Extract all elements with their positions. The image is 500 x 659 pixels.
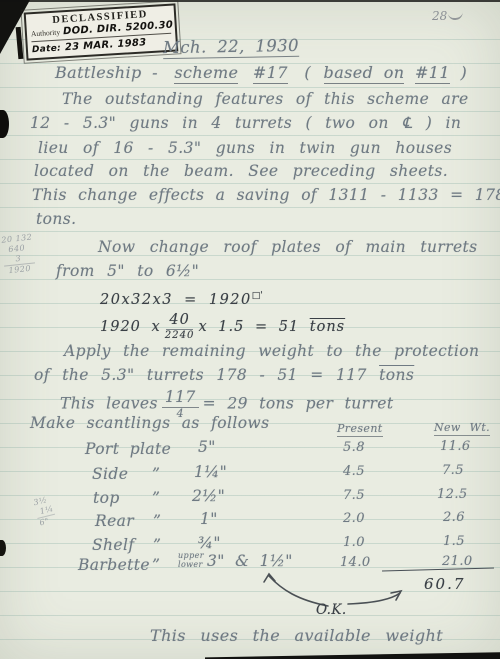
- calculation-line: 20x32x3 = 1920□': [100, 291, 263, 308]
- scan-left-edge-blob: [0, 540, 6, 556]
- change-note-line: Now change roof plates of main turrets ⌀: [98, 238, 500, 256]
- ditto-mark: ”: [152, 489, 160, 507]
- row-thickness: 1¼": [194, 463, 227, 481]
- declassified-stamp: DECLASSIFIED Authority DOD. DIR. 5200.30…: [24, 3, 179, 60]
- row-new-wt: 1.5: [443, 534, 465, 549]
- row-new-wt: 7.5: [442, 463, 464, 478]
- row-present: 4.5: [343, 464, 365, 479]
- fraction-numerator: 117: [162, 390, 199, 408]
- margin-calc-line: 1920: [4, 262, 36, 276]
- calc-expression: 1920 x: [100, 319, 161, 335]
- scan-bottom-edge: [205, 651, 500, 659]
- stamp-date-label: Date:: [32, 43, 62, 55]
- row-thickness: 5": [198, 438, 216, 456]
- header-new-wt-text: New Wt.: [434, 421, 490, 436]
- body-line: lieu of 16 - 5.3" guns in twin gun house…: [38, 139, 452, 157]
- arrow-to-total: [348, 593, 400, 604]
- margin-calculation: 20 132 640 3 1920: [1, 232, 36, 276]
- heading-paren-open: (: [304, 63, 311, 82]
- ditto-mark: ”: [153, 536, 161, 554]
- row-thickness: 1": [200, 510, 218, 528]
- heading-scheme: scheme: [174, 63, 238, 84]
- fraction-numerator: 40: [166, 313, 192, 330]
- body-line: This change effects a saving of 1311 - 1…: [32, 186, 500, 204]
- document-date-title: Mch. 22, 1930: [163, 36, 299, 57]
- fraction-denominator: 2240: [165, 330, 195, 341]
- change-note-text: Now change roof plates of main turrets: [98, 238, 478, 256]
- row-new-wt: 12.5: [437, 487, 468, 502]
- stamp-date-value: 23 MAR. 1983: [65, 37, 147, 53]
- heading-battleship: Battleship -: [55, 63, 158, 82]
- scan-left-edge-blob: [0, 110, 9, 138]
- row-thickness: 2½": [192, 487, 225, 505]
- heading-paren-close: ): [460, 63, 467, 82]
- arrow-to-barbette: [269, 576, 328, 606]
- scan-top-edge: [0, 0, 500, 2]
- row-present: 5.8: [343, 440, 365, 455]
- calculation-line: 1920 x402240x 1.5 = 51 tons: [100, 313, 345, 341]
- corner-note-squiggle: [448, 10, 464, 21]
- lower-label: lower: [178, 560, 204, 569]
- tons-word: tons: [379, 366, 414, 384]
- apply-line: of the 5.3" turrets 178 - 51 = 117 tons: [34, 366, 414, 384]
- row-label: Rear: [95, 512, 134, 530]
- ditto-mark: ”: [152, 465, 160, 483]
- tons-word: tons: [310, 319, 345, 335]
- apply-expression: of the 5.3" turrets 178 - 51 = 117: [34, 366, 367, 384]
- apply-line: Apply the remaining weight to the protec…: [64, 342, 479, 360]
- heading-based-on: based on: [324, 63, 405, 84]
- document-heading: Battleship - scheme #17 ( based on #11 ): [55, 63, 467, 82]
- heading-scheme-number: #17: [253, 63, 288, 84]
- square-feet-mark: □': [252, 291, 263, 301]
- body-line: 12 - 5.3" guns in 4 turrets ( two on ℄ )…: [30, 114, 461, 132]
- change-note-line: from 5" to 6½": [56, 262, 199, 280]
- leaves-text: This leaves: [60, 395, 158, 413]
- corner-note-text: 28: [432, 9, 447, 23]
- row-thickness: ¾": [198, 534, 221, 552]
- scan-edge-mark: [16, 27, 24, 59]
- row-label: Shelf: [92, 536, 134, 554]
- row-label: Port plate: [85, 440, 171, 458]
- ditto-mark: ”: [153, 512, 161, 530]
- scanned-document-page: DECLASSIFIED Authority DOD. DIR. 5200.30…: [0, 0, 500, 659]
- calc-expression: 20x32x3 = 1920: [100, 292, 252, 308]
- margin-pencil-note: 3½ 1¼ 6": [33, 494, 58, 528]
- upper-thickness: 3": [207, 552, 225, 570]
- annotation-arrows: [240, 560, 500, 630]
- row-new-wt: 11.6: [440, 439, 471, 454]
- footer-line: This uses the available weight: [150, 626, 443, 645]
- row-label: Barbette: [78, 556, 150, 574]
- heading-base-number: #11: [415, 63, 450, 84]
- row-label: top: [93, 489, 120, 507]
- row-label: Side: [92, 465, 128, 483]
- table-header-present: Present: [337, 422, 383, 435]
- body-line: located on the beam. See preceding sheet…: [34, 162, 448, 180]
- calc-expression: x 1.5 = 51: [198, 319, 299, 335]
- body-line: The outstanding features of this scheme …: [62, 90, 469, 108]
- upper-label: upper: [178, 551, 204, 560]
- row-new-wt: 2.6: [443, 510, 465, 525]
- row-present: 7.5: [343, 488, 365, 503]
- date-title-text: Mch. 22, 1930: [163, 36, 299, 59]
- ditto-mark: ”: [152, 556, 160, 574]
- row-present: 2.0: [343, 511, 365, 526]
- make-scantlings-line: Make scantlings as follows: [30, 414, 269, 432]
- row-present: 1.0: [343, 535, 365, 550]
- body-line: tons.: [36, 210, 76, 228]
- leaves-text: = 29 tons per turret: [203, 395, 394, 413]
- page-corner-note: 28: [432, 9, 463, 23]
- table-header-new-wt: New Wt.: [434, 421, 490, 434]
- header-present-text: Present: [337, 422, 383, 437]
- stamp-authority-label: Authority: [31, 28, 61, 39]
